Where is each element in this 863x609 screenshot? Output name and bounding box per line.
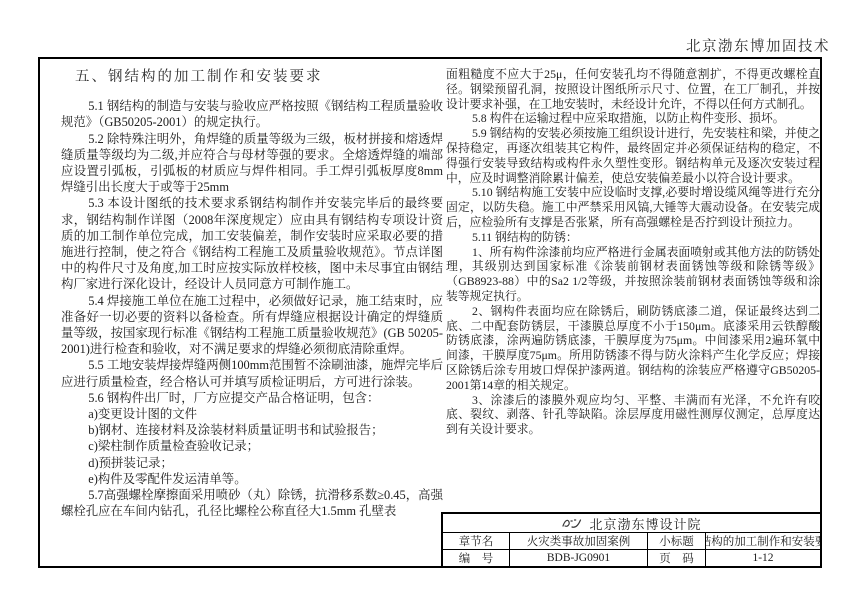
rust-protection-item-2: 2、钢构件表面均应在除锈后，刷防锈底漆二道，保证最终达到二底、二中配套防锈层，干… [446, 304, 820, 393]
list-item-d: d)预拼装记录； [61, 455, 443, 471]
clause-5-6: 5.6 钢构件出厂时，厂方应提交产品合格证明，包含： [61, 390, 443, 406]
list-item-c: c)梁柱制作质量检查验收记录； [61, 438, 443, 454]
brand-header: 北京渤东博加固技术 [686, 35, 830, 56]
drawing-number-label: 编 号 [443, 550, 509, 566]
page-number-label: 页 码 [647, 550, 705, 566]
drawing-number-value: BDB-JG0901 [509, 550, 647, 566]
clause-5-10: 5.10 钢结构施工安装中应设临时支撑,必要时增设缆风绳等进行充分固定，以防失稳… [446, 185, 820, 229]
left-column: 五、钢结构的加工制作和安装要求 5.1 钢结构的制造与安装与验收应严格按照《钢结… [61, 67, 443, 563]
title-block-row-number: 编 号 BDB-JG0901 页 码 1-12 [443, 549, 820, 566]
design-institute-logo-icon [561, 517, 583, 529]
clause-5-2: 5.2 除特殊注明外，角焊缝的质量等级为三级，板材拼接和熔透焊缝质量等级均为二级… [61, 131, 443, 196]
clause-5-8: 5.8 构件在运输过程中应采取措施，以防止构件变形、损坏。 [446, 111, 820, 126]
chapter-name-label: 章节名 [443, 533, 509, 549]
clause-5-1: 5.1 钢结构的制造与安装与验收应严格按照《钢结构工程质量验收规范》（GB502… [61, 98, 443, 130]
chapter-name-value: 火灾类事故加固案例 [509, 533, 647, 549]
section-title: 五、钢结构的加工制作和安装要求 [75, 69, 443, 85]
rust-protection-item-3: 3、涂漆后的漆膜外观应均匀、平整、丰满而有光泽，不允许有咬底、裂纹、剥落、针孔等… [446, 393, 820, 437]
content-frame: 五、钢结构的加工制作和安装要求 5.1 钢结构的制造与安装与验收应严格按照《钢结… [38, 57, 822, 568]
list-item-e: e)构件及零配件发运清单等。 [61, 471, 443, 487]
clause-5-4: 5.4 焊接施工单位在施工过程中，必须做好记录，施工结束时，应准备好一切必要的资… [61, 293, 443, 358]
clause-5-9: 5.9 钢结构的安装必须按施工组织设计进行，先安装柱和梁，并使之保持稳定，再逐次… [446, 126, 820, 185]
subtitle-label: 小标题 [647, 533, 705, 549]
clause-5-7: 5.7高强螺栓摩擦面采用喷砂（丸）除锈，抗滑移系数≥0.45，高强螺栓孔应在车间… [61, 487, 443, 519]
company-name: 北京渤东博设计院 [589, 514, 701, 533]
rust-protection-item-1: 1、所有构件涂漆前均应严格进行金属表面喷射或其他方法的防锈处理，其级别达到国家标… [446, 245, 820, 304]
document-page: 北京渤东博加固技术 五、钢结构的加工制作和安装要求 5.1 钢结构的制造与安装与… [0, 0, 863, 609]
clause-5-7-continuation: 面粗糙度不应大于25μ，任何安装孔均不得随意割扩，不得更改螺栓直径。钢梁预留孔洞… [446, 67, 820, 111]
company-row: 北京渤东博设计院 [443, 514, 820, 532]
clause-5-11: 5.11 钢结构的防锈： [446, 230, 820, 245]
clause-5-3: 5.3 本设计图纸的技术要求系钢结构制作并安装完毕后的最终要求，钢结构制作详图（… [61, 195, 443, 292]
title-block-row-chapter: 章节名 火灾类事故加固案例 小标题 钢结构的加工制作和安装要求 [443, 532, 820, 549]
list-item-b: b)钢材、连接材料及涂装材料质量证明书和试验报告； [61, 422, 443, 438]
right-column: 面粗糙度不应大于25μ，任何安装孔均不得随意割扩，不得更改螺栓直径。钢梁预留孔洞… [446, 67, 820, 515]
title-block: 北京渤东博设计院 章节名 火灾类事故加固案例 小标题 钢结构的加工制作和安装要求… [441, 512, 822, 568]
list-item-a: a)变更设计图的文件 [61, 406, 443, 422]
page-number-value: 1-12 [705, 550, 820, 566]
clause-5-5: 5.5 工地安装焊接焊缝两侧100mm范围暂不涂刷油漆，施焊完毕后应进行质量检查… [61, 357, 443, 389]
subtitle-value: 钢结构的加工制作和安装要求 [705, 533, 820, 549]
